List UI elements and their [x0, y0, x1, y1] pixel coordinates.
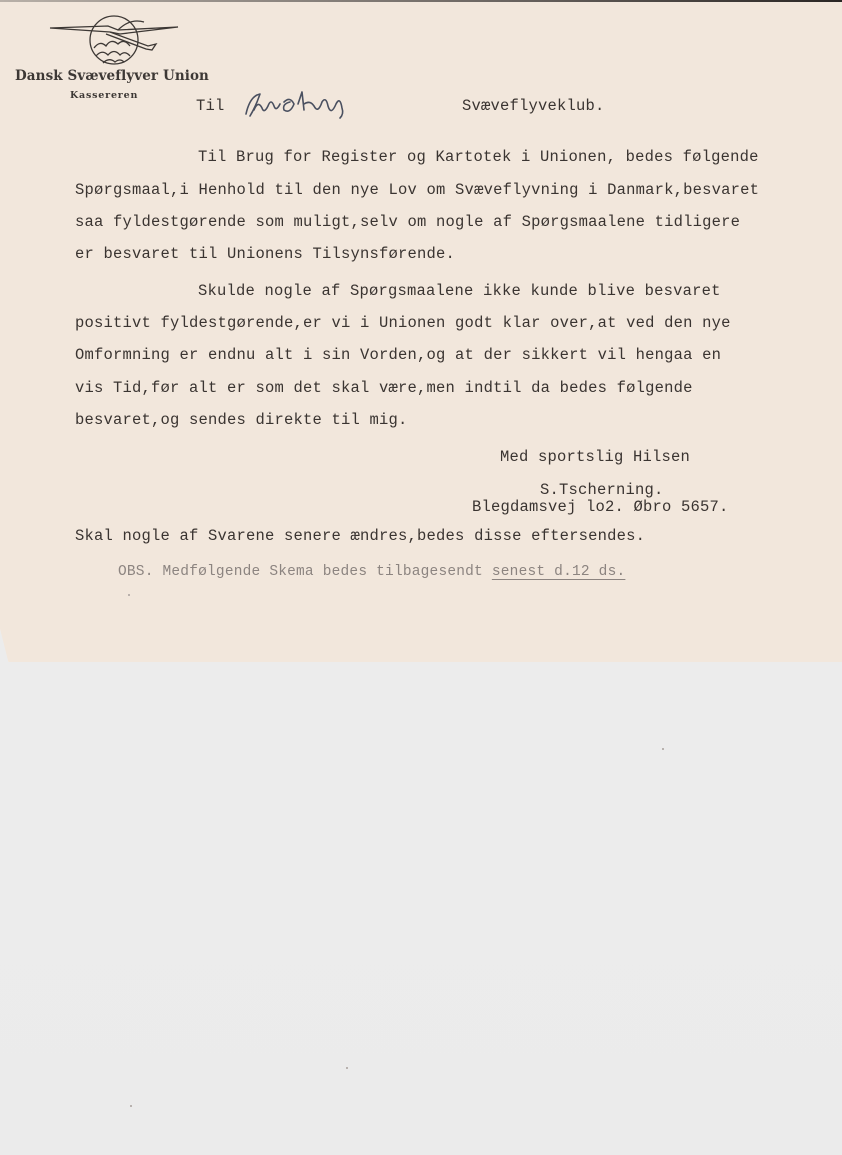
- to-label: Til: [196, 97, 225, 115]
- paragraph2-line2: positivt fyldestgørende,er vi i Unionen …: [75, 314, 731, 332]
- paper-top-edge: [0, 0, 842, 2]
- closing-signer: S.Tscherning.: [540, 481, 664, 499]
- paragraph2-line5: besvaret,og sendes direkte til mig.: [75, 411, 408, 429]
- club-suffix: Svæveflyveklub.: [462, 97, 605, 115]
- paragraph2-line1: Skulde nogle af Spørgsmaalene ikke kunde…: [198, 282, 721, 300]
- obs-prefix: OBS. Medfølgende Skema bedes tilbagesend…: [118, 564, 492, 580]
- paragraph2-line3: Omformning er endnu alt i sin Vorden,og …: [75, 346, 721, 364]
- scan-speck: [662, 748, 664, 750]
- closing-greeting: Med sportslig Hilsen: [500, 448, 690, 466]
- glider-over-clouds-logo-icon: [48, 8, 188, 68]
- obs-deadline: senest d.12 ds.: [492, 564, 626, 580]
- paragraph1-line4: er besvaret til Unionens Tilsynsførende.: [75, 245, 455, 263]
- org-department: Kassereren: [70, 90, 138, 101]
- postscript-note: Skal nogle af Svarene senere ændres,bede…: [75, 527, 645, 545]
- obs-line: OBS. Medfølgende Skema bedes tilbagesend…: [118, 564, 625, 580]
- scan-speck: [346, 1067, 348, 1069]
- closing-address: Blegdamsvej lo2. Øbro 5657.: [472, 498, 729, 516]
- paragraph1-line2: Spørgsmaal,i Henhold til den nye Lov om …: [75, 181, 759, 199]
- org-name: Dansk Svæveflyver Union: [15, 68, 209, 84]
- paragraph1-line3: saa fyldestgørende som muligt,selv om no…: [75, 213, 740, 231]
- paragraph1-line1: Til Brug for Register og Kartotek i Unio…: [198, 148, 759, 166]
- paper-speck: [128, 594, 130, 596]
- paragraph2-line4: vis Tid,før alt er som det skal være,men…: [75, 379, 693, 397]
- scan-speck: [130, 1105, 132, 1107]
- handwritten-club-name: [240, 88, 355, 124]
